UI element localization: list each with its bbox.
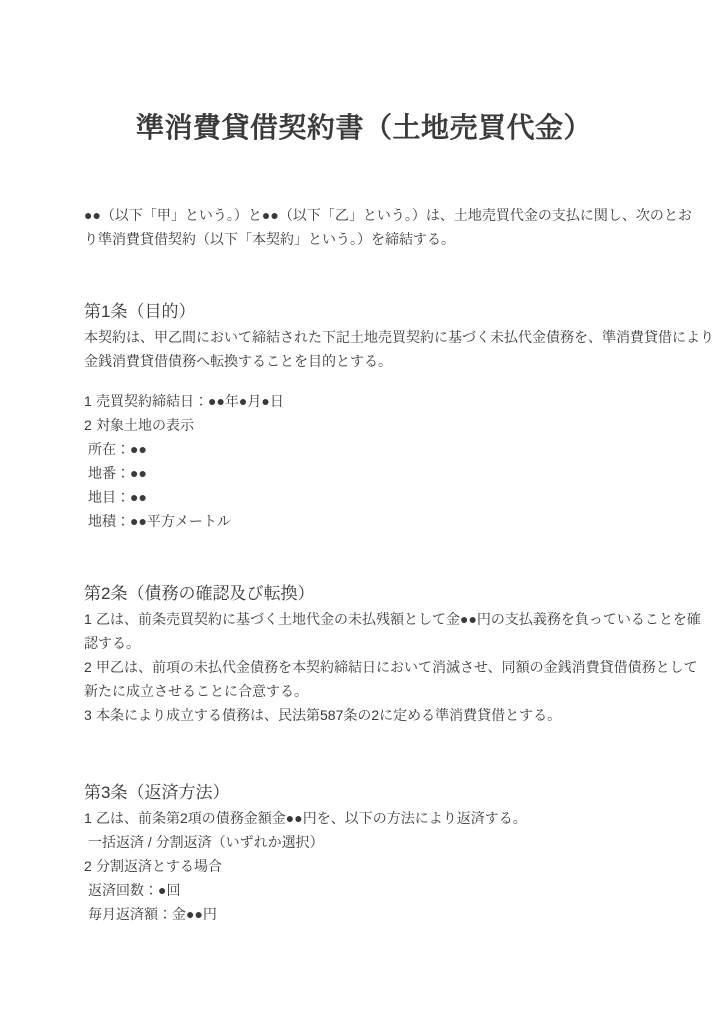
clause-number: 2 xyxy=(84,854,96,878)
clause-number: 2 xyxy=(84,655,96,679)
document-title: 準消費貸借契約書（土地売買代金） xyxy=(84,0,644,147)
list-item: 2対象土地の表示 xyxy=(84,413,644,437)
clause-text: 乙は、前条第2項の債務金額金●●円を、以下の方法により返済する。 xyxy=(96,810,527,826)
land-detail-line: 所在：●● xyxy=(84,437,644,461)
article-1-heading: 第1条（目的） xyxy=(84,299,644,325)
clause-number: 1 xyxy=(84,607,96,631)
intro-paragraph: ●●（以下「甲」という。）と●●（以下「乙」という。）は、土地売買代金の支払に関… xyxy=(84,203,644,251)
item-text: 対象土地の表示 xyxy=(96,417,194,433)
installment-detail-line: 毎月返済額：金●●円 xyxy=(84,902,644,926)
article-3: 第3条（返済方法） 1乙は、前条第2項の債務金額金●●円を、以下の方法により返済… xyxy=(84,780,644,926)
clause-line: 1乙は、前条第2項の債務金額金●●円を、以下の方法により返済する。 xyxy=(84,806,644,830)
land-detail-line: 地番：●● xyxy=(84,461,644,485)
clause-continuation-line: 認する。 xyxy=(84,631,644,655)
clause-line: 2甲乙は、前項の未払代金債務を本契約締結日において消滅させ、同額の金銭消費貸借債… xyxy=(84,655,644,679)
intro-line: ●●（以下「甲」という。）と●●（以下「乙」という。）は、土地売買代金の支払に関… xyxy=(84,203,644,227)
article-2-heading: 第2条（債務の確認及び転換） xyxy=(84,581,644,607)
clause-continuation-line: 新たに成立させることに合意する。 xyxy=(84,679,644,703)
clause-text: 分割返済とする場合 xyxy=(96,858,222,874)
article-1: 第1条（目的） 本契約は、甲乙間において締結された下記土地売買契約に基づく未払代… xyxy=(84,299,644,533)
body-line: 金銭消費貸借債務へ転換することを目的とする。 xyxy=(84,349,644,373)
intro-line: り準消費貸借契約（以下「本契約」という。）を締結する。 xyxy=(84,227,644,251)
clause-line: 3本条により成立する債務は、民法第587条の2に定める準消費貸借とする。 xyxy=(84,703,644,727)
contract-page: 準消費貸借契約書（土地売買代金） ●●（以下「甲」という。）と●●（以下「乙」と… xyxy=(0,0,724,1024)
clause-text: 甲乙は、前項の未払代金債務を本契約締結日において消滅させ、同額の金銭消費貸借債務… xyxy=(96,659,698,675)
clause-number: 3 xyxy=(84,703,96,727)
clause-line: 2分割返済とする場合 xyxy=(84,854,644,878)
article-3-heading: 第3条（返済方法） xyxy=(84,780,644,806)
article-3-body: 1乙は、前条第2項の債務金額金●●円を、以下の方法により返済する。 一括返済 /… xyxy=(84,806,644,926)
item-text: 売買契約締結日：●●年●月●日 xyxy=(96,393,284,409)
list-item: 1売買契約締結日：●●年●月●日 xyxy=(84,389,644,413)
article-2: 第2条（債務の確認及び転換） 1乙は、前条売買契約に基づく土地代金の未払残額とし… xyxy=(84,581,644,727)
body-line: 本契約は、甲乙間において締結された下記土地売買契約に基づく未払代金債務を、準消費… xyxy=(84,325,644,349)
item-number: 2 xyxy=(84,413,96,437)
land-detail-line: 地積：●●平方メートル xyxy=(84,509,644,533)
clause-line: 1乙は、前条売買契約に基づく土地代金の未払残額として金●●円の支払義務を負ってい… xyxy=(84,607,644,631)
installment-detail-line: 返済回数：●回 xyxy=(84,878,644,902)
clause-number: 1 xyxy=(84,806,96,830)
item-number: 1 xyxy=(84,389,96,413)
clause-text: 乙は、前条売買契約に基づく土地代金の未払残額として金●●円の支払義務を負っている… xyxy=(96,611,701,627)
clause-text: 本条により成立する債務は、民法第587条の2に定める準消費貸借とする。 xyxy=(96,707,561,723)
article-2-body: 1乙は、前条売買契約に基づく土地代金の未払残額として金●●円の支払義務を負ってい… xyxy=(84,607,644,727)
article-1-body: 本契約は、甲乙間において締結された下記土地売買契約に基づく未払代金債務を、準消費… xyxy=(84,325,644,373)
repayment-option-line: 一括返済 / 分割返済（いずれか選択） xyxy=(84,830,644,854)
article-1-list: 1売買契約締結日：●●年●月●日 2対象土地の表示 所在：●● 地番：●● 地目… xyxy=(84,389,644,533)
land-detail-line: 地目：●● xyxy=(84,485,644,509)
